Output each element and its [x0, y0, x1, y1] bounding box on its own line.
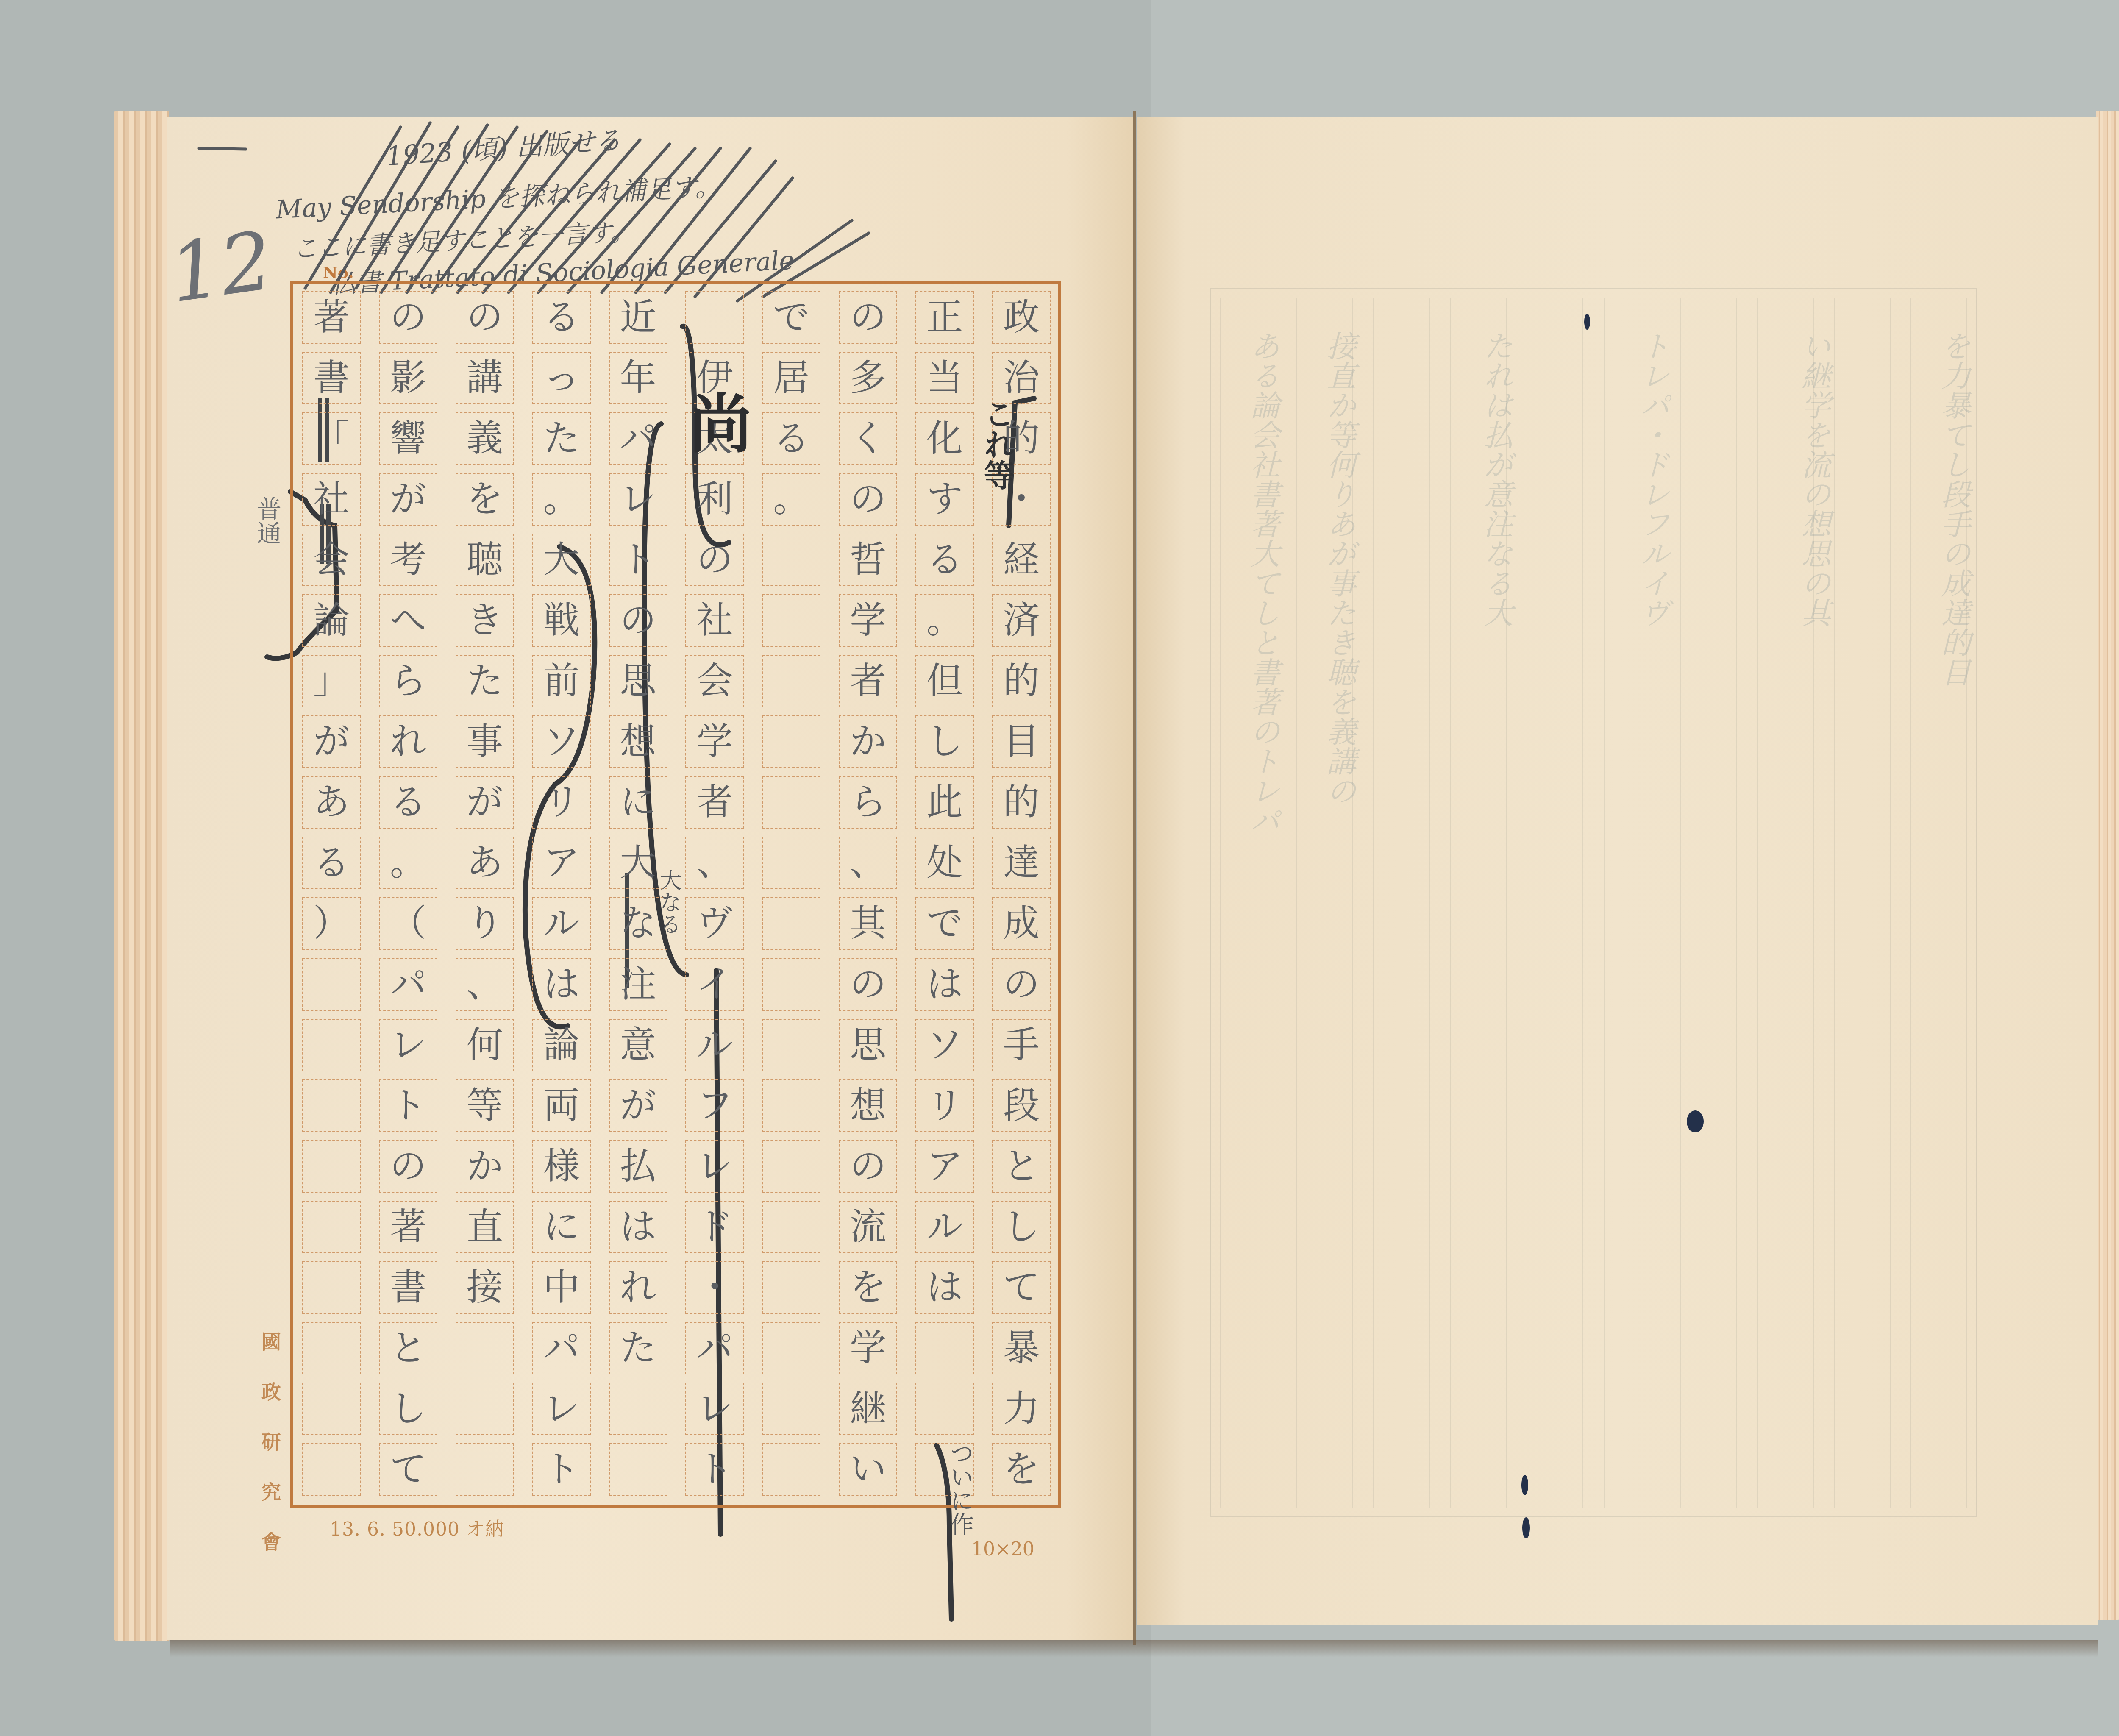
manuscript-cell: 意: [609, 1019, 667, 1071]
page-edge-stack-right: [2096, 111, 2119, 1620]
manuscript-cell: た: [609, 1322, 667, 1374]
manuscript-cell: は: [609, 1201, 667, 1253]
manuscript-cell: れ: [609, 1261, 667, 1314]
manuscript-cell: の: [839, 291, 897, 344]
manuscript-cell: [302, 1322, 361, 1374]
manuscript-cell: 力: [992, 1383, 1051, 1435]
manuscript-cell: を: [839, 1261, 897, 1314]
manuscript-cell: 論: [302, 594, 361, 647]
ink-spot: [1687, 1110, 1704, 1132]
ink-spot: [1584, 314, 1590, 330]
manuscript-cell: ト: [685, 1443, 744, 1496]
manuscript-cell: 者: [685, 776, 744, 829]
manuscript-cell: [762, 715, 820, 768]
manuscript-cell: た: [532, 412, 591, 465]
manuscript-cell: [302, 1079, 361, 1132]
manuscript-cell: 社: [302, 473, 361, 526]
manuscript-cell: 注: [609, 958, 667, 1011]
manuscript-cell: 学: [839, 1322, 897, 1374]
print-info: 13. 6. 50.000 オ納: [330, 1514, 504, 1541]
manuscript-cell: 様: [532, 1140, 591, 1193]
manuscript-cell: て: [379, 1443, 437, 1496]
manuscript-cell: 。: [379, 837, 437, 889]
publisher-char-4: 究: [261, 1477, 281, 1505]
manuscript-cell: 済: [992, 594, 1051, 647]
manuscript-column: の講義を聴きた事があり、何等か直接: [456, 291, 514, 1496]
manuscript-cell: 著: [379, 1201, 437, 1253]
manuscript-cell: 但: [915, 655, 974, 707]
manuscript-cell: （: [379, 897, 437, 950]
manuscript-cell: を: [992, 1443, 1051, 1496]
manuscript-cell: が: [609, 1079, 667, 1132]
manuscript-cell: レ: [379, 1019, 437, 1071]
manuscript-cell: [302, 1201, 361, 1253]
publisher-char-3: 研: [261, 1427, 281, 1455]
manuscript-cell: 目: [992, 715, 1051, 768]
manuscript-cell: レ: [609, 473, 667, 526]
manuscript-cell: 」: [302, 655, 361, 707]
manuscript-cell: 影: [379, 352, 437, 404]
manuscript-cell: [456, 1443, 514, 1496]
manuscript-cell: 聴: [456, 534, 514, 586]
manuscript-cell: ド: [685, 1201, 744, 1253]
manuscript-cell: 講: [456, 352, 514, 404]
manuscript-cell: る: [532, 291, 591, 344]
manuscript-cell: ソ: [915, 1019, 974, 1071]
manuscript-cell: 等: [456, 1079, 514, 1132]
manuscript-cell: 居: [762, 352, 820, 404]
manuscript-cell: た: [456, 655, 514, 707]
manuscript-cell: ア: [915, 1140, 974, 1193]
manuscript-cell: す: [915, 473, 974, 526]
manuscript-cell: 直: [456, 1201, 514, 1253]
manuscript-cell: っ: [532, 352, 591, 404]
manuscript-cell: パ: [685, 1322, 744, 1374]
manuscript-cell: 化: [915, 412, 974, 465]
ink-spot: [1522, 1517, 1530, 1538]
manuscript-cell: 手: [992, 1019, 1051, 1071]
manuscript-cell: 経: [992, 534, 1051, 586]
manuscript-cell: リ: [915, 1079, 974, 1132]
manuscript-cell: に: [532, 1201, 591, 1253]
manuscript-cell: [762, 1383, 820, 1435]
manuscript-cell: る: [379, 776, 437, 829]
manuscript-cell: を: [456, 473, 514, 526]
manuscript-cell: 。: [915, 594, 974, 647]
manuscript-cell: イ: [685, 958, 744, 1011]
bleed-through-text: ある論会社書著大てしと書著のトレパ: [1242, 331, 1285, 1475]
manuscript-cell: 考: [379, 534, 437, 586]
manuscript-cell: の: [456, 291, 514, 344]
manuscript-cell: 的: [992, 776, 1051, 829]
manuscript-cell: ト: [532, 1443, 591, 1496]
manuscript-cell: 思: [609, 655, 667, 707]
manuscript-cell: し: [379, 1383, 437, 1435]
manuscript-cell: が: [302, 715, 361, 768]
manuscript-cell: の: [685, 534, 744, 586]
manuscript-cell: 想: [609, 715, 667, 768]
manuscript-cell: 思: [839, 1019, 897, 1071]
manuscript-cell: 中: [532, 1261, 591, 1314]
manuscript-cell: ル: [532, 897, 591, 950]
manuscript-cell: 何: [456, 1019, 514, 1071]
manuscript-cell: [762, 776, 820, 829]
manuscript-cell: 此: [915, 776, 974, 829]
manuscript-cell: [302, 1383, 361, 1435]
manuscript-cell: 両: [532, 1079, 591, 1132]
manuscript-cell: ル: [915, 1201, 974, 1253]
manuscript-cell: 、: [456, 958, 514, 1011]
interlinear-insertion-2: 大なる: [653, 869, 684, 935]
publisher-stamp: 國 政 研 究 會: [254, 1327, 288, 1555]
manuscript-cell: 接: [456, 1261, 514, 1314]
manuscript-cell: [609, 1443, 667, 1496]
manuscript-cell: パ: [379, 958, 437, 1011]
manuscript-cell: [762, 534, 820, 586]
manuscript-cell: [762, 1140, 820, 1193]
manuscript-cell: 流: [839, 1201, 897, 1253]
bleed-through-text: い継学を流の想思の其: [1793, 331, 1835, 1475]
manuscript-cell: [302, 958, 361, 1011]
book-shadow: [170, 1640, 2098, 1657]
manuscript-cell: で: [762, 291, 820, 344]
manuscript-cell: と: [379, 1322, 437, 1374]
manuscript-cell: レ: [532, 1383, 591, 1435]
interlinear-insertion-3: ついに作: [943, 1441, 977, 1536]
manuscript-cell: る: [915, 534, 974, 586]
manuscript-cell: れ: [379, 715, 437, 768]
manuscript-cell: レ: [685, 1383, 744, 1435]
manuscript-cell: ヴ: [685, 897, 744, 950]
manuscript-cell: 治: [992, 352, 1051, 404]
manuscript-cell: 書: [302, 352, 361, 404]
manuscript-cell: 近: [609, 291, 667, 344]
publisher-char-2: 政: [261, 1377, 281, 1405]
bleed-through-text: 接直か等何りあが事たき聴を義講の: [1318, 331, 1361, 1475]
manuscript-cell: ト: [609, 534, 667, 586]
manuscript-cell: が: [456, 776, 514, 829]
manuscript-cell: り: [456, 897, 514, 950]
manuscript-column: の多くの哲学者から、其の思想の流を学継い: [839, 291, 897, 1496]
manuscript-cell: 払: [609, 1140, 667, 1193]
manuscript-cell: の: [992, 958, 1051, 1011]
manuscript-cell: 継: [839, 1383, 897, 1435]
manuscript-cell: 成: [992, 897, 1051, 950]
manuscript-cell: へ: [379, 594, 437, 647]
manuscript-cell: 者: [839, 655, 897, 707]
manuscript-cell: ト: [379, 1079, 437, 1132]
manuscript-cell: は: [915, 958, 974, 1011]
manuscript-cell: [762, 594, 820, 647]
manuscript-cell: 哲: [839, 534, 897, 586]
manuscript-cell: 正: [915, 291, 974, 344]
manuscript-cell: [762, 1261, 820, 1314]
manuscript-cell: ア: [532, 837, 591, 889]
manuscript-cell: [685, 291, 744, 344]
manuscript-cell: 前: [532, 655, 591, 707]
manuscript-cell: パ: [609, 412, 667, 465]
manuscript-cell: [762, 1322, 820, 1374]
form-no-label: No.: [323, 263, 354, 282]
margin-note: 普通: [254, 496, 280, 545]
manuscript-cell: の: [379, 291, 437, 344]
manuscript-cell: が: [379, 473, 437, 526]
manuscript-cell: 戦: [532, 594, 591, 647]
manuscript-cell: 社: [685, 594, 744, 647]
manuscript-cell: し: [992, 1201, 1051, 1253]
manuscript-cell: [762, 655, 820, 707]
manuscript-column: 正当化する。但し此处ではソリアルは: [915, 291, 974, 1496]
manuscript-cell: あ: [456, 837, 514, 889]
manuscript-cell: 著: [302, 291, 361, 344]
manuscript-cell: て: [992, 1261, 1051, 1314]
manuscript-cell: と: [992, 1140, 1051, 1193]
page-edge-stack-left: [114, 111, 169, 1641]
manuscript-cell: い: [839, 1443, 897, 1496]
margin-note-text: 普通: [249, 496, 285, 545]
manuscript-cell: 想: [839, 1079, 897, 1132]
book-gutter: [1133, 111, 1136, 1645]
manuscript-cell: 处: [915, 837, 974, 889]
manuscript-cell: リ: [532, 776, 591, 829]
manuscript-cell: 「: [302, 412, 361, 465]
manuscript-cell: 会: [685, 655, 744, 707]
manuscript-cell: [762, 1079, 820, 1132]
manuscript-cell: [302, 1019, 361, 1071]
manuscript-cell: の: [609, 594, 667, 647]
manuscript-cell: [456, 1322, 514, 1374]
manuscript-cell: 多: [839, 352, 897, 404]
manuscript-cell: パ: [532, 1322, 591, 1374]
manuscript-cell: 学: [685, 715, 744, 768]
manuscript-cell: 年: [609, 352, 667, 404]
manuscript-cell: [915, 1322, 974, 1374]
manuscript-cell: ソ: [532, 715, 591, 768]
manuscript-cell: [762, 897, 820, 950]
manuscript-cell: に: [609, 776, 667, 829]
manuscript-cell: は: [532, 958, 591, 1011]
manuscript-cell: 。: [532, 473, 591, 526]
manuscript-column: 著書「社会論」がある）: [302, 291, 361, 1496]
manuscript-cell: 、: [839, 837, 897, 889]
manuscript-column: 伊太利の社会学者、ヴイルフレド・パレト: [685, 291, 744, 1496]
manuscript-cell: [762, 958, 820, 1011]
manuscript-cell: 事: [456, 715, 514, 768]
interlinear-insertion-1: これ等: [975, 398, 1019, 490]
manuscript-cell: は: [915, 1261, 974, 1314]
manuscript-cell: 響: [379, 412, 437, 465]
ink-spot: [1521, 1475, 1528, 1495]
inserted-character: 尚: [689, 373, 752, 465]
manuscript-cell: 論: [532, 1019, 591, 1071]
manuscript-column: るった。大戦前ソリアルは論両様に中パレト: [532, 291, 591, 1496]
manuscript-cell: [302, 1443, 361, 1496]
manuscript-cell: ル: [685, 1019, 744, 1071]
manuscript-cell: か: [456, 1140, 514, 1193]
manuscript-cell: か: [839, 715, 897, 768]
manuscript-cell: ら: [839, 776, 897, 829]
manuscript-cell: フ: [685, 1079, 744, 1132]
publisher-char-5: 會: [261, 1527, 281, 1555]
manuscript-cell: 政: [992, 291, 1051, 344]
manuscript-cell: 、: [685, 837, 744, 889]
grid-size-label: 10×20: [971, 1538, 1034, 1560]
manuscript-cell: [915, 1383, 974, 1435]
manuscript-cell: 達: [992, 837, 1051, 889]
manuscript-cell: あ: [302, 776, 361, 829]
manuscript-cell: の: [839, 958, 897, 1011]
publisher-char-1: 國: [261, 1327, 281, 1355]
bleed-through-text: トレパ・ドレフルイヴ: [1632, 331, 1674, 1475]
manuscript-cell: ）: [302, 897, 361, 950]
manuscript-cell: く: [839, 412, 897, 465]
manuscript-cell: き: [456, 594, 514, 647]
manuscript-cell: る: [762, 412, 820, 465]
manuscript-cell: [762, 1443, 820, 1496]
manuscript-cell: る: [302, 837, 361, 889]
manuscript-cell: [762, 1201, 820, 1253]
manuscript-cell: 利: [685, 473, 744, 526]
manuscript-column: の影響が考へられる。（パレトの著書として: [379, 291, 437, 1496]
manuscript-cell: ・: [685, 1261, 744, 1314]
manuscript-cell: の: [839, 1140, 897, 1193]
manuscript-cell: レ: [685, 1140, 744, 1193]
manuscript-cell: 大: [532, 534, 591, 586]
manuscript-cell: [762, 1019, 820, 1071]
manuscript-cell: 其: [839, 897, 897, 950]
manuscript-cell: し: [915, 715, 974, 768]
manuscript-cell: 当: [915, 352, 974, 404]
manuscript-cell: [762, 837, 820, 889]
manuscript-cell: 会: [302, 534, 361, 586]
manuscript-cell: 。: [762, 473, 820, 526]
bleed-through-text: たれは払が意注なる大: [1475, 331, 1518, 1475]
manuscript-cell: 義: [456, 412, 514, 465]
manuscript-cell: ら: [379, 655, 437, 707]
manuscript-cell: の: [839, 473, 897, 526]
manuscript-cell: 暴: [992, 1322, 1051, 1374]
manuscript-cell: の: [379, 1140, 437, 1193]
manuscript-cell: 段: [992, 1079, 1051, 1132]
manuscript-cell: で: [915, 897, 974, 950]
manuscript-cell: 書: [379, 1261, 437, 1314]
manuscript-column: で居る。: [762, 291, 820, 1496]
manuscript-cell: 的: [992, 655, 1051, 707]
manuscript-cell: [609, 1383, 667, 1435]
manuscript-cell: [456, 1383, 514, 1435]
handwritten-page-number: 12: [164, 214, 278, 320]
manuscript-cell: [302, 1261, 361, 1314]
bleed-through-text: を力暴てし段手の成達的目: [1933, 331, 1975, 1475]
manuscript-cell: [302, 1140, 361, 1193]
manuscript-cell: 学: [839, 594, 897, 647]
